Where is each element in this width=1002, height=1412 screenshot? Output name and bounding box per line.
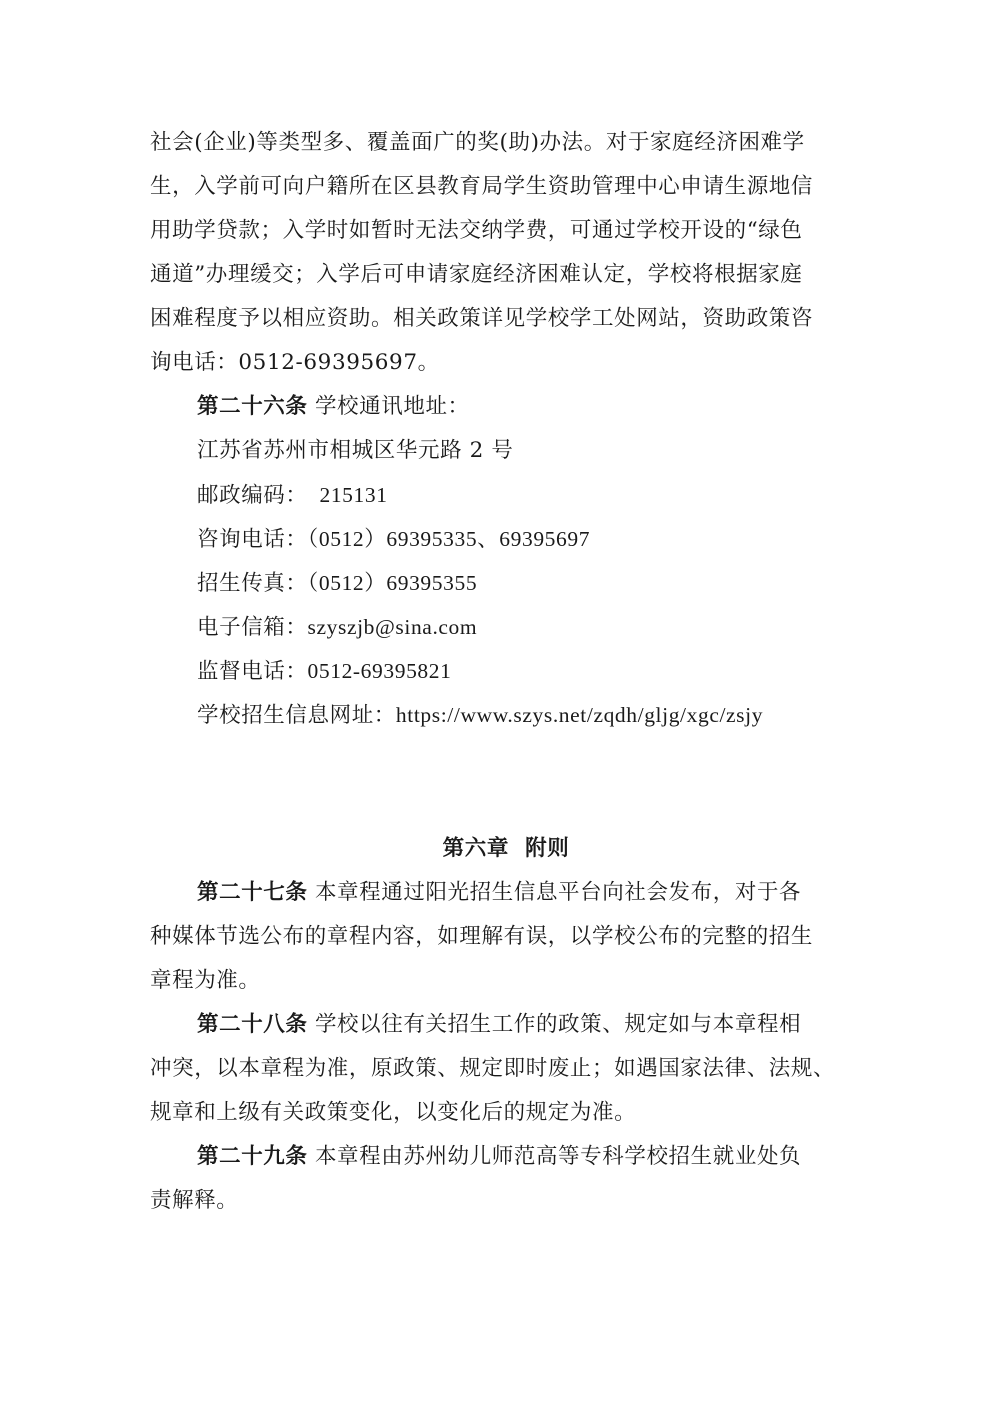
fax-value: （0512）69395355 [308, 571, 478, 595]
postal-code-value: 215131 [308, 483, 388, 507]
website-link[interactable]: https://www.szys.net/zqdh/gljg/xgc/zsjy [396, 703, 763, 727]
document-page: 社会(企业)等类型多、覆盖面广的奖(助)办法。对于家庭经济困难学 生，入学前可向… [150, 121, 862, 1223]
fax-line: 招生传真：（0512）69395355 [150, 561, 862, 605]
paragraph-line: 社会(企业)等类型多、覆盖面广的奖(助)办法。对于家庭经济困难学 [150, 121, 862, 165]
article-29-line: 责解释。 [150, 1179, 862, 1223]
financial-aid-paragraph: 社会(企业)等类型多、覆盖面广的奖(助)办法。对于家庭经济困难学 生，入学前可向… [150, 121, 862, 385]
article-text: 本章程由苏州幼儿师范高等专科学校招生就业处负 [308, 1144, 802, 1169]
article-text: 学校以往有关招生工作的政策、规定如与本章程相 [308, 1012, 802, 1037]
paragraph-line: 困难程度予以相应资助。相关政策详见学校学工处网站，资助政策咨 [150, 297, 862, 341]
article-28-line: 规章和上级有关政策变化，以变化后的规定为准。 [150, 1091, 862, 1135]
website-line: 学校招生信息网址：https://www.szys.net/zqdh/gljg/… [150, 693, 862, 737]
supervision-phone-label: 监督电话： [197, 659, 308, 684]
postal-code-label: 邮政编码： [197, 483, 308, 508]
article-27-line: 章程为准。 [150, 959, 862, 1003]
article-number: 第二十七条 [197, 880, 308, 905]
article-28-line: 第二十八条 学校以往有关招生工作的政策、规定如与本章程相 [150, 1003, 862, 1047]
article-28-line: 冲突，以本章程为准，原政策、规定即时废止；如遇国家法律、法规、 [150, 1047, 862, 1091]
email-label: 电子信箱： [197, 615, 308, 640]
chapter-title: 第六章 附则 [150, 827, 862, 871]
article-text: 本章程通过阳光招生信息平台向社会发布，对于各 [308, 880, 802, 905]
paragraph-line: 用助学贷款；入学时如暂时无法交纳学费，可通过学校开设的“绿色 [150, 209, 862, 253]
article-title: 学校通讯地址： [308, 394, 470, 419]
fax-label: 招生传真： [197, 571, 308, 596]
article-26: 第二十六条 学校通讯地址： 江苏省苏州市相城区华元路 2 号 邮政编码： 215… [150, 385, 862, 737]
article-26-heading-line: 第二十六条 学校通讯地址： [150, 385, 862, 429]
article-28: 第二十八条 学校以往有关招生工作的政策、规定如与本章程相 冲突，以本章程为准，原… [150, 1003, 862, 1135]
consult-phone-label: 咨询电话： [197, 527, 308, 552]
article-27: 第二十七条 本章程通过阳光招生信息平台向社会发布，对于各 种媒体节选公布的章程内… [150, 871, 862, 1003]
supervision-phone-line: 监督电话：0512-69395821 [150, 649, 862, 693]
paragraph-line: 生，入学前可向户籍所在区县教育局学生资助管理中心申请生源地信 [150, 165, 862, 209]
consult-phone-value: （0512）69395335、69395697 [308, 527, 591, 551]
email-link[interactable]: szyszjb@sina.com [308, 615, 478, 639]
article-27-line: 第二十七条 本章程通过阳光招生信息平台向社会发布，对于各 [150, 871, 862, 915]
email-line: 电子信箱：szyszjb@sina.com [150, 605, 862, 649]
school-address: 江苏省苏州市相城区华元路 2 号 [150, 429, 862, 473]
supervision-phone-value: 0512-69395821 [308, 659, 452, 683]
article-number: 第二十八条 [197, 1012, 308, 1037]
paragraph-line: 询电话：0512-69395697。 [150, 341, 862, 385]
article-number: 第二十六条 [197, 394, 308, 419]
website-label: 学校招生信息网址： [197, 703, 396, 728]
article-29-line: 第二十九条 本章程由苏州幼儿师范高等专科学校招生就业处负 [150, 1135, 862, 1179]
article-number: 第二十九条 [197, 1144, 308, 1169]
postal-code-line: 邮政编码： 215131 [150, 473, 862, 517]
section-spacer [150, 737, 862, 827]
consult-phone-line: 咨询电话：（0512）69395335、69395697 [150, 517, 862, 561]
article-29: 第二十九条 本章程由苏州幼儿师范高等专科学校招生就业处负 责解释。 [150, 1135, 862, 1223]
article-27-line: 种媒体节选公布的章程内容，如理解有误，以学校公布的完整的招生 [150, 915, 862, 959]
paragraph-line: 通道”办理缓交；入学后可申请家庭经济困难认定，学校将根据家庭 [150, 253, 862, 297]
